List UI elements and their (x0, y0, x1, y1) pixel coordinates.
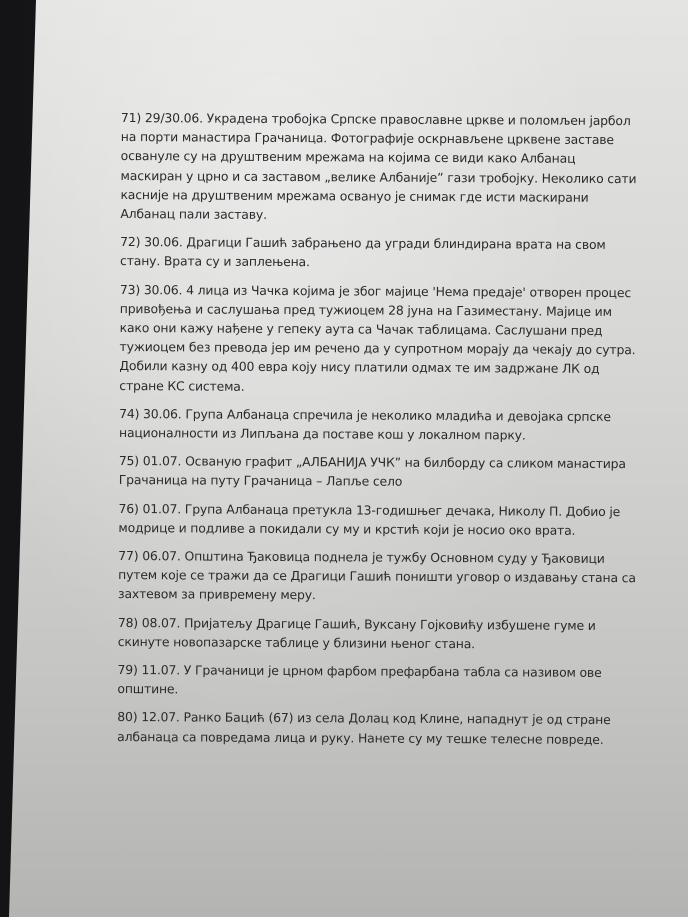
entry-text: Општина Ђаковица поднела је тужбу Основн… (118, 548, 636, 602)
entry-text: Група Албанаца претукла 13-годишњег деча… (118, 501, 620, 538)
entry-date: 30.06. (144, 234, 183, 249)
entry-number: 75) (119, 453, 139, 468)
entry-date: 01.07. (142, 501, 181, 516)
entry-date: 06.07. (142, 548, 181, 563)
paper-sheet: 71) 29/30.06. Украдена тробојка Српске п… (0, 0, 688, 917)
entry-date: 30.06. (144, 282, 183, 297)
entry-number: 77) (118, 548, 138, 563)
entry-78: 78) 08.07. Пријатељу Драгице Гашић, Вукс… (118, 613, 638, 655)
entry-date: 11.07. (141, 662, 180, 677)
entry-72: 72) 30.06. Драгици Гашић забрањено да уг… (120, 232, 640, 274)
entry-text: Ранко Бацић (67) из села Долац код Клине… (117, 710, 611, 747)
entry-74: 74) 30.06. Група Албанаца спречила је не… (119, 404, 639, 446)
entry-date: 01.07. (143, 453, 182, 468)
entry-text: Осваную графит „АЛБАНИЈА УЧК” на билборд… (119, 454, 626, 490)
entry-text: 4 лица из Чачка којима је због мајице 'Н… (119, 282, 635, 393)
entry-number: 74) (119, 406, 139, 421)
entry-number: 72) (120, 234, 140, 249)
entry-text: У Грачаници је црном фарбом префарбана т… (117, 662, 601, 696)
entry-71: 71) 29/30.06. Украдена тробојка Српске п… (120, 108, 641, 226)
entry-number: 73) (120, 282, 140, 297)
entry-80: 80) 12.07. Ранко Бацић (67) из села Дола… (117, 707, 637, 749)
document-body: 71) 29/30.06. Украдена тробојка Српске п… (117, 108, 641, 758)
entry-number: 79) (118, 662, 138, 677)
entry-text: Пријатељу Драгице Гашић, Вуксану Гојкови… (118, 615, 596, 651)
entry-number: 71) (121, 110, 141, 125)
entry-number: 78) (118, 615, 138, 630)
entry-76: 76) 01.07. Група Албанаца претукла 13-го… (118, 499, 638, 541)
entry-79: 79) 11.07. У Грачаници је црном фарбом п… (117, 660, 637, 702)
entry-73: 73) 30.06. 4 лица из Чачка којима је збо… (119, 280, 640, 398)
entry-number: 80) (117, 709, 137, 724)
entry-text: Драгици Гашић забрањено да угради блинди… (120, 235, 606, 270)
entry-number: 76) (119, 501, 139, 516)
entry-date: 12.07. (141, 710, 180, 725)
entry-date: 30.06. (143, 406, 182, 421)
entry-text: Група Албанаца спречила је неколико млад… (119, 406, 611, 442)
entry-77: 77) 06.07. Општина Ђаковица поднела је т… (118, 546, 638, 607)
entry-75: 75) 01.07. Осваную графит „АЛБАНИЈА УЧК”… (119, 451, 639, 493)
entry-date: 08.07. (142, 615, 181, 630)
entry-date: 29/30.06. (145, 110, 203, 125)
entry-text: Украдена тробојка Српске православне црк… (120, 111, 636, 222)
